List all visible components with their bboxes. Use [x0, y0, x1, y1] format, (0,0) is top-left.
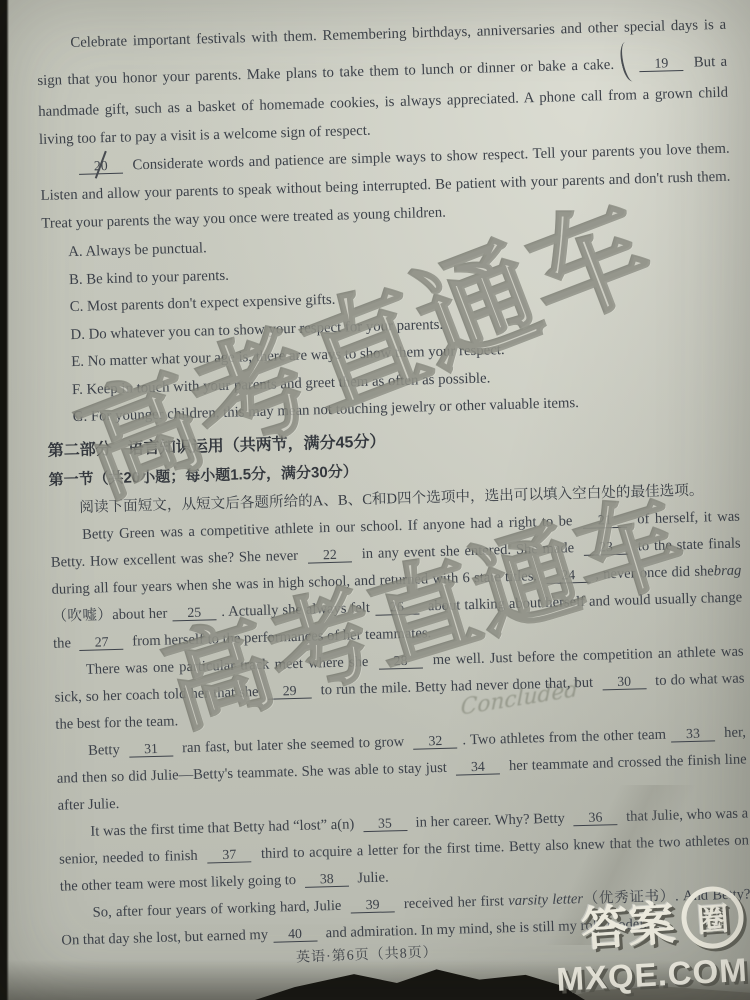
cloze-blank-20: 20 [79, 158, 123, 175]
cloze-blank-32: 32 [413, 732, 457, 749]
options-list: A. Always be punctual.B. Be kind to your… [42, 221, 737, 433]
photo-left-edge [0, 0, 9, 1000]
printed-text-block: Celebrate important festivals with them.… [36, 11, 750, 954]
cloze-blank-24: 24 [546, 566, 590, 583]
cloze-paragraph-1: Betty Green was a competitive athlete in… [50, 503, 744, 657]
answer-logo: 答案圈 [550, 881, 746, 961]
answer-site-watermark: 答案圈 MXQE.COM [550, 881, 748, 1000]
passage-paragraph-1: Celebrate important festivals with them.… [36, 11, 729, 154]
cloze-blank-21: 21 [583, 511, 627, 528]
answer-logo-text: 答案 [578, 886, 676, 959]
cloze-blank-19: 19 [639, 55, 683, 72]
cloze-blank-28: 28 [378, 652, 422, 669]
cloze-blank-26: 26 [375, 598, 419, 615]
cloze-blank-22: 22 [308, 546, 352, 563]
cloze-blank-35: 35 [363, 814, 407, 831]
cloze-blank-27: 27 [79, 633, 123, 650]
answer-logo-circle-icon: 圈 [679, 884, 745, 950]
cloze-blank-23: 23 [584, 538, 628, 555]
cloze-blank-25: 25 [172, 604, 216, 621]
scanned-exam-page: Concluded Celebrate important festivals … [0, 0, 750, 1000]
cloze-blank-33: 33 [671, 725, 715, 742]
cloze-blank-34: 34 [456, 758, 500, 775]
italic-term: brag [714, 562, 742, 579]
cloze-blank-36: 36 [573, 809, 617, 826]
cloze-blank-37: 37 [207, 846, 251, 863]
cloze-blank-29: 29 [267, 682, 311, 699]
passage-paragraph-2: 20 Considerate words and patience are si… [39, 135, 731, 238]
cloze-blank-38: 38 [305, 870, 349, 887]
cloze-blank-30: 30 [602, 673, 646, 690]
cloze-blank-31: 31 [129, 740, 173, 757]
cloze-blank-39: 39 [350, 896, 394, 913]
cloze-blank-40: 40 [273, 925, 317, 942]
